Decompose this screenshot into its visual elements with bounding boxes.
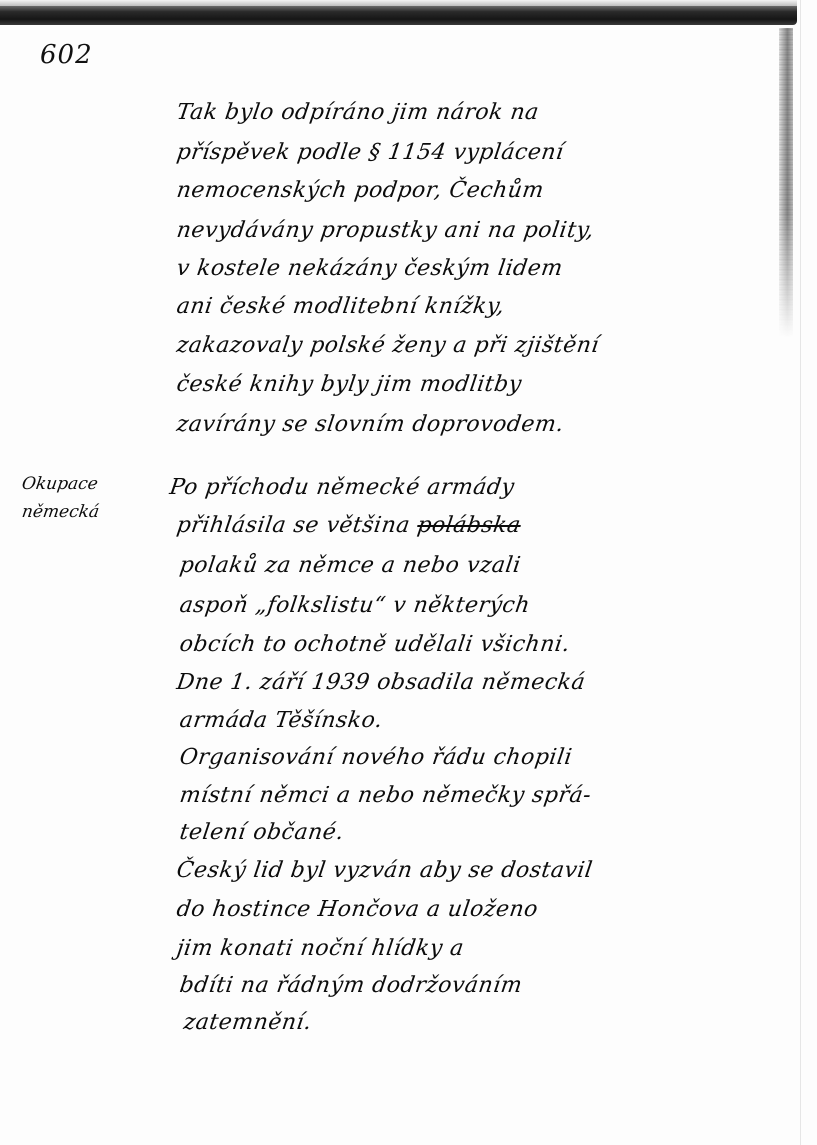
text-segment: přihlásila se většina (175, 513, 412, 538)
document-page: 602 Okupace německá Tak bylo odpíráno ji… (0, 0, 817, 1145)
text-line: Organisování nového řádu chopili (178, 745, 574, 770)
text-line: přihlásila se většina polábska (175, 513, 522, 538)
scan-top-shadow (0, 6, 797, 25)
text-line: příspěvek podle § 1154 vyplácení (175, 140, 565, 165)
text-line: armáda Těšínsko. (178, 708, 384, 733)
text-line: Dne 1. září 1939 obsadila německá (175, 670, 587, 695)
text-line: nevydávány propustky ani na polity, (175, 218, 596, 243)
text-line: Český lid byl vyzván aby se dostavil (175, 858, 594, 883)
scan-right-shadow (779, 28, 793, 338)
text-line: zakazovaly polské ženy a při zjištění (175, 333, 601, 358)
text-line: nemocenských podpor, Čechům (175, 178, 546, 203)
text-line: bdíti na řádným dodržováním (178, 973, 524, 998)
text-line: ani české modlitební knížky, (175, 294, 506, 319)
text-line: obcích to ochotně udělali všichni. (178, 632, 572, 657)
text-line: polaků za němce a nebo vzali (178, 553, 522, 578)
scan-edge-line (800, 0, 801, 1145)
page-number: 602 (40, 40, 93, 70)
text-line: aspoň „folkslistu“ v některých (178, 593, 532, 618)
text-line: zavírány se slovním doprovodem. (175, 412, 566, 437)
text-line: telení občané. (178, 820, 346, 845)
text-line: Po příchodu německé armády (168, 475, 516, 500)
text-line: jim konati noční hlídky a (175, 936, 466, 961)
text-line: české knihy byly jim modlitby (175, 372, 523, 397)
text-line: Tak bylo odpíráno jim nárok na (175, 100, 541, 125)
margin-note-line-2: německá (21, 502, 101, 522)
text-line: v kostele nekázány českým lidem (175, 256, 564, 281)
margin-note-line-1: Okupace (21, 474, 100, 494)
struck-out-word: polábska (416, 513, 523, 538)
text-line: místní němci a nebo němečky spřá- (178, 783, 593, 808)
text-line: do hostince Hončova a uloženo (175, 897, 540, 922)
text-line: zatemnění. (182, 1010, 313, 1035)
